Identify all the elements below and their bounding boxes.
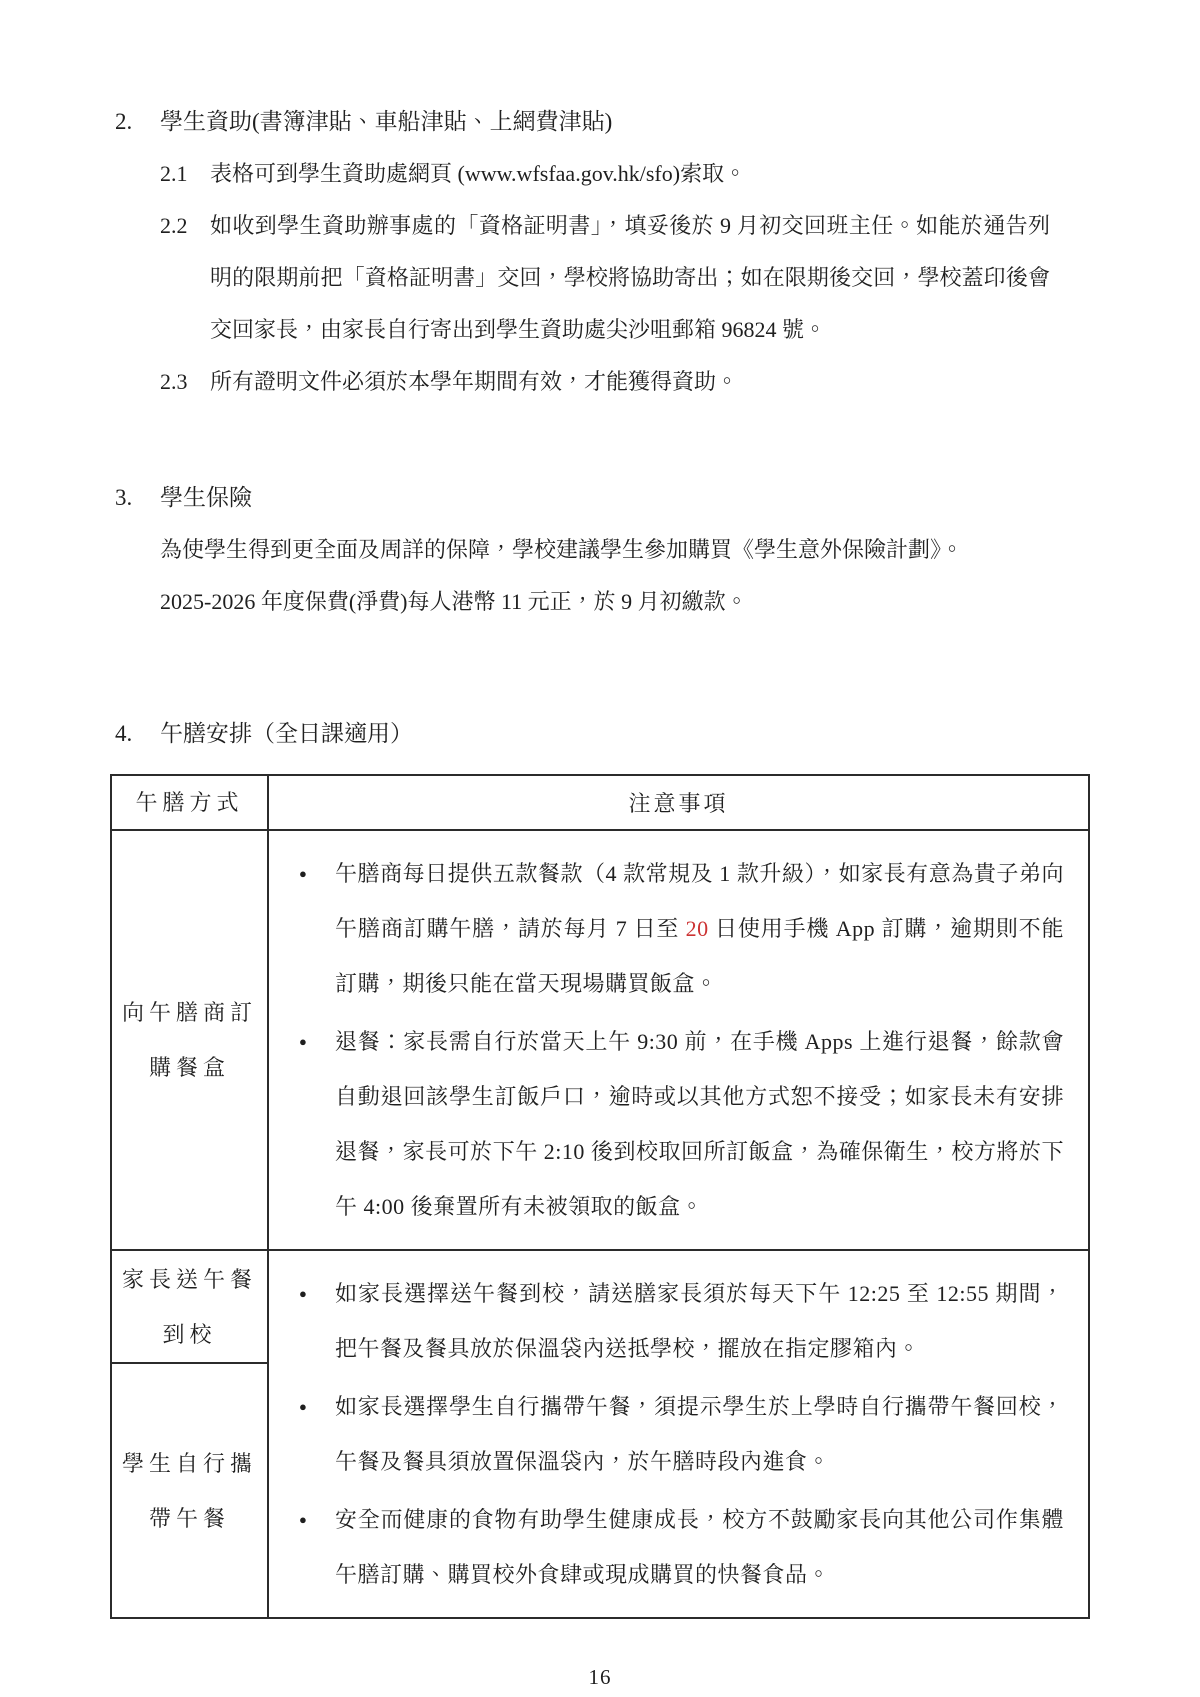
item-text: 所有證明文件必須於本學年期間有效，才能獲得資助。	[210, 356, 1050, 408]
section-title: 學生保險	[160, 472, 252, 524]
section-student-insurance: 3. 學生保險 為使學生得到更全面及周詳的保障，學校建議學生參加購買《學生意外保…	[0, 472, 1200, 628]
item-number: 2.2	[160, 200, 210, 356]
paragraph-line: 2025-2026 年度保費(淨費)每人港幣 11 元正，於 9 月初繳款。	[160, 576, 1045, 628]
bullet-text: 安全而健康的食物有助學生健康成長，校方不鼓勵家長向其他公司作集體午膳訂購、購買校…	[335, 1492, 1064, 1602]
bullet-text: 午膳商每日提供五款餐款（4 款常規及 1 款升級），如家長有意為貴子弟向午膳商訂…	[335, 846, 1064, 1011]
bullet-item: ● 午膳商每日提供五款餐款（4 款常規及 1 款升級），如家長有意為貴子弟向午膳…	[299, 846, 1064, 1011]
table-row: 向午膳商訂 購餐盒 ● 午膳商每日提供五款餐款（4 款常規及 1 款升級），如家…	[112, 831, 1088, 1251]
section-lunch-arrangement: 4. 午膳安排（全日課適用） 午膳方式 注意事項 向午膳商訂 購餐盒 ● 午膳商…	[0, 708, 1200, 1619]
item-text: 如收到學生資助辦事處的「資格証明書」，填妥後於 9 月初交回班主任。如能於通告列…	[210, 200, 1050, 356]
row-label-column: 家長送午餐 到校 學生自行攜 帶午餐	[112, 1251, 269, 1617]
bullet-item: ● 退餐：家長需自行於當天上午 9:30 前，在手機 Apps 上進行退餐，餘款…	[299, 1014, 1064, 1234]
table-row-group: 家長送午餐 到校 學生自行攜 帶午餐 ● 如家長選擇送午餐到校，請送膳家長須於每…	[112, 1251, 1088, 1617]
item-number: 2.3	[160, 356, 210, 408]
row-notes-cell: ● 午膳商每日提供五款餐款（4 款常規及 1 款升級），如家長有意為貴子弟向午膳…	[269, 831, 1088, 1249]
column-header-lunch-method: 午膳方式	[112, 776, 269, 831]
document-page: 2. 學生資助(書簿津貼、車船津貼、上網費津貼) 2.1 表格可到學生資助處網頁…	[0, 0, 1200, 1697]
section-heading: 3. 學生保險	[0, 472, 1200, 524]
row-label-line: 學生自行攜	[122, 1436, 257, 1491]
item-text: 表格可到學生資助處網頁 (www.wfsfaa.gov.hk/sfo)索取。	[210, 148, 1050, 200]
bullet-text: 如家長選擇學生自行攜帶午餐，須提示學生於上學時自行攜帶午餐回校，午餐及餐具須放置…	[335, 1379, 1064, 1489]
row-label-line: 向午膳商訂	[122, 985, 257, 1040]
bullet-item: ● 安全而健康的食物有助學生健康成長，校方不鼓勵家長向其他公司作集體午膳訂購、購…	[299, 1492, 1064, 1602]
page-number: 16	[0, 1665, 1200, 1690]
section-number: 3.	[115, 472, 160, 524]
section-heading: 4. 午膳安排（全日課適用）	[0, 708, 1200, 760]
row-label-order-from-supplier: 向午膳商訂 購餐盒	[112, 831, 269, 1249]
row-label-student-bring-own: 學生自行攜 帶午餐	[112, 1364, 267, 1617]
section-number: 2.	[115, 96, 160, 148]
section-title: 午膳安排（全日課適用）	[160, 708, 413, 760]
row-label-line: 到校	[162, 1307, 216, 1362]
section-heading: 2. 學生資助(書簿津貼、車船津貼、上網費津貼)	[0, 96, 1200, 148]
bullet-icon: ●	[299, 1379, 335, 1489]
lunch-arrangement-table: 午膳方式 注意事項 向午膳商訂 購餐盒 ● 午膳商每日提供五款餐款（4 款常規及…	[110, 774, 1090, 1619]
bullet-text: 如家長選擇送午餐到校，請送膳家長須於每天下午 12:25 至 12:55 期間，…	[335, 1266, 1064, 1376]
item-number: 2.1	[160, 148, 210, 200]
bullet-text: 退餐：家長需自行於當天上午 9:30 前，在手機 Apps 上進行退餐，餘款會自…	[335, 1014, 1064, 1234]
bullet-item: ● 如家長選擇送午餐到校，請送膳家長須於每天下午 12:25 至 12:55 期…	[299, 1266, 1064, 1376]
section-title: 學生資助(書簿津貼、車船津貼、上網費津貼)	[160, 96, 612, 148]
row-notes-cell: ● 如家長選擇送午餐到校，請送膳家長須於每天下午 12:25 至 12:55 期…	[269, 1251, 1088, 1617]
row-label-parent-delivery: 家長送午餐 到校	[112, 1251, 267, 1364]
bullet-text-highlight: 20	[686, 916, 709, 941]
bullet-icon: ●	[299, 1266, 335, 1376]
section-number: 4.	[115, 708, 160, 760]
row-label-line: 家長送午餐	[122, 1252, 257, 1307]
paragraph-line: 為使學生得到更全面及周詳的保障，學校建議學生參加購買《學生意外保險計劃》。	[160, 524, 1045, 576]
bullet-icon: ●	[299, 846, 335, 1011]
bullet-icon: ●	[299, 1014, 335, 1234]
list-item: 2.3 所有證明文件必須於本學年期間有效，才能獲得資助。	[160, 356, 1050, 408]
section-student-financial-assistance: 2. 學生資助(書簿津貼、車船津貼、上網費津貼) 2.1 表格可到學生資助處網頁…	[0, 96, 1200, 408]
list-item: 2.2 如收到學生資助辦事處的「資格証明書」，填妥後於 9 月初交回班主任。如能…	[160, 200, 1050, 356]
bullet-item: ● 如家長選擇學生自行攜帶午餐，須提示學生於上學時自行攜帶午餐回校，午餐及餐具須…	[299, 1379, 1064, 1489]
row-label-line: 帶午餐	[149, 1491, 230, 1546]
bullet-icon: ●	[299, 1492, 335, 1602]
list-item: 2.1 表格可到學生資助處網頁 (www.wfsfaa.gov.hk/sfo)索…	[160, 148, 1050, 200]
row-label-line: 購餐盒	[149, 1040, 230, 1095]
column-header-notes: 注意事項	[269, 776, 1088, 831]
table-header-row: 午膳方式 注意事項	[112, 776, 1088, 831]
